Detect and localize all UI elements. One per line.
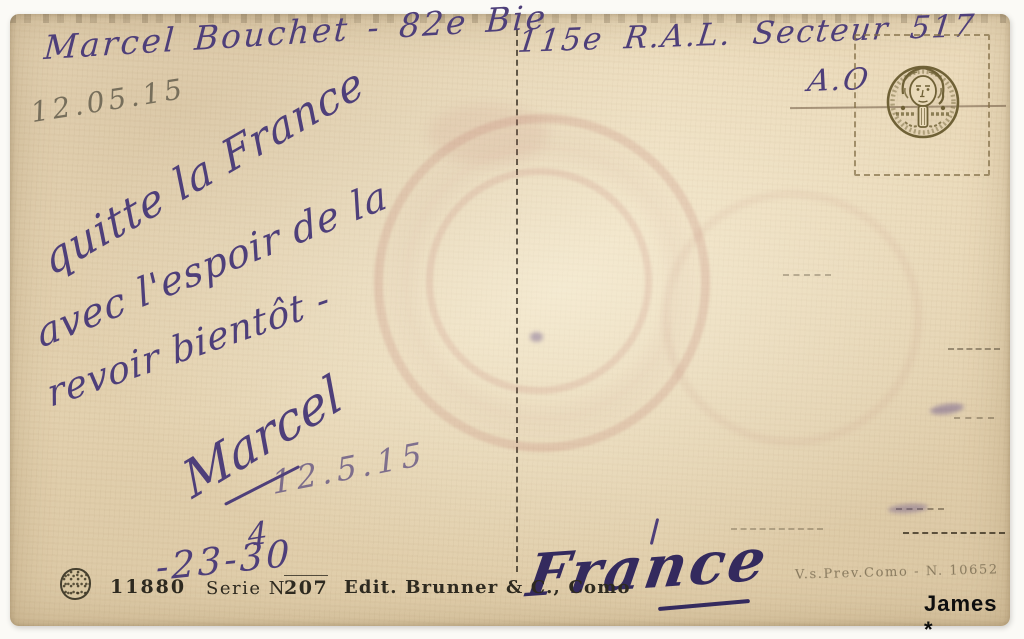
- globe-logo-icon: [60, 568, 91, 600]
- ink-smudge: [530, 332, 543, 342]
- collector-watermark: James *: [924, 591, 1010, 639]
- publisher-editor: Edit. Brunner & C., Como: [344, 577, 631, 598]
- address-line-remnant: [783, 274, 831, 276]
- address-line-remnant: [903, 532, 1005, 534]
- ink-smudge: [929, 402, 964, 417]
- censor-mark: V.s.Prev.Como - N. 10652: [795, 562, 999, 582]
- publisher-series-number: 207: [284, 575, 328, 599]
- address-line-remnant: [954, 417, 994, 419]
- postmark-ghost: [662, 190, 922, 446]
- postmark-inner-ring: [426, 168, 652, 394]
- postcard-scan: Marcel Bouchet - 82e Bie 12.05.15 115e R…: [0, 0, 1024, 639]
- ink-smudge: [888, 503, 929, 515]
- woman-head-medallion-icon: [883, 58, 963, 142]
- address-line-remnant: [948, 348, 1000, 350]
- postcard-back: Marcel Bouchet - 82e Bie 12.05.15 115e R…: [10, 14, 1010, 626]
- postmark-smudge: [428, 104, 548, 164]
- address-line-remnant: [731, 528, 823, 530]
- publisher-series-label: Serie N: [206, 578, 286, 599]
- pencil-date: 12.05.15: [28, 72, 188, 129]
- sender-line: Marcel Bouchet - 82e Bie: [43, 0, 549, 67]
- destination-underline: [658, 599, 750, 611]
- publisher-number: 11880: [110, 576, 186, 598]
